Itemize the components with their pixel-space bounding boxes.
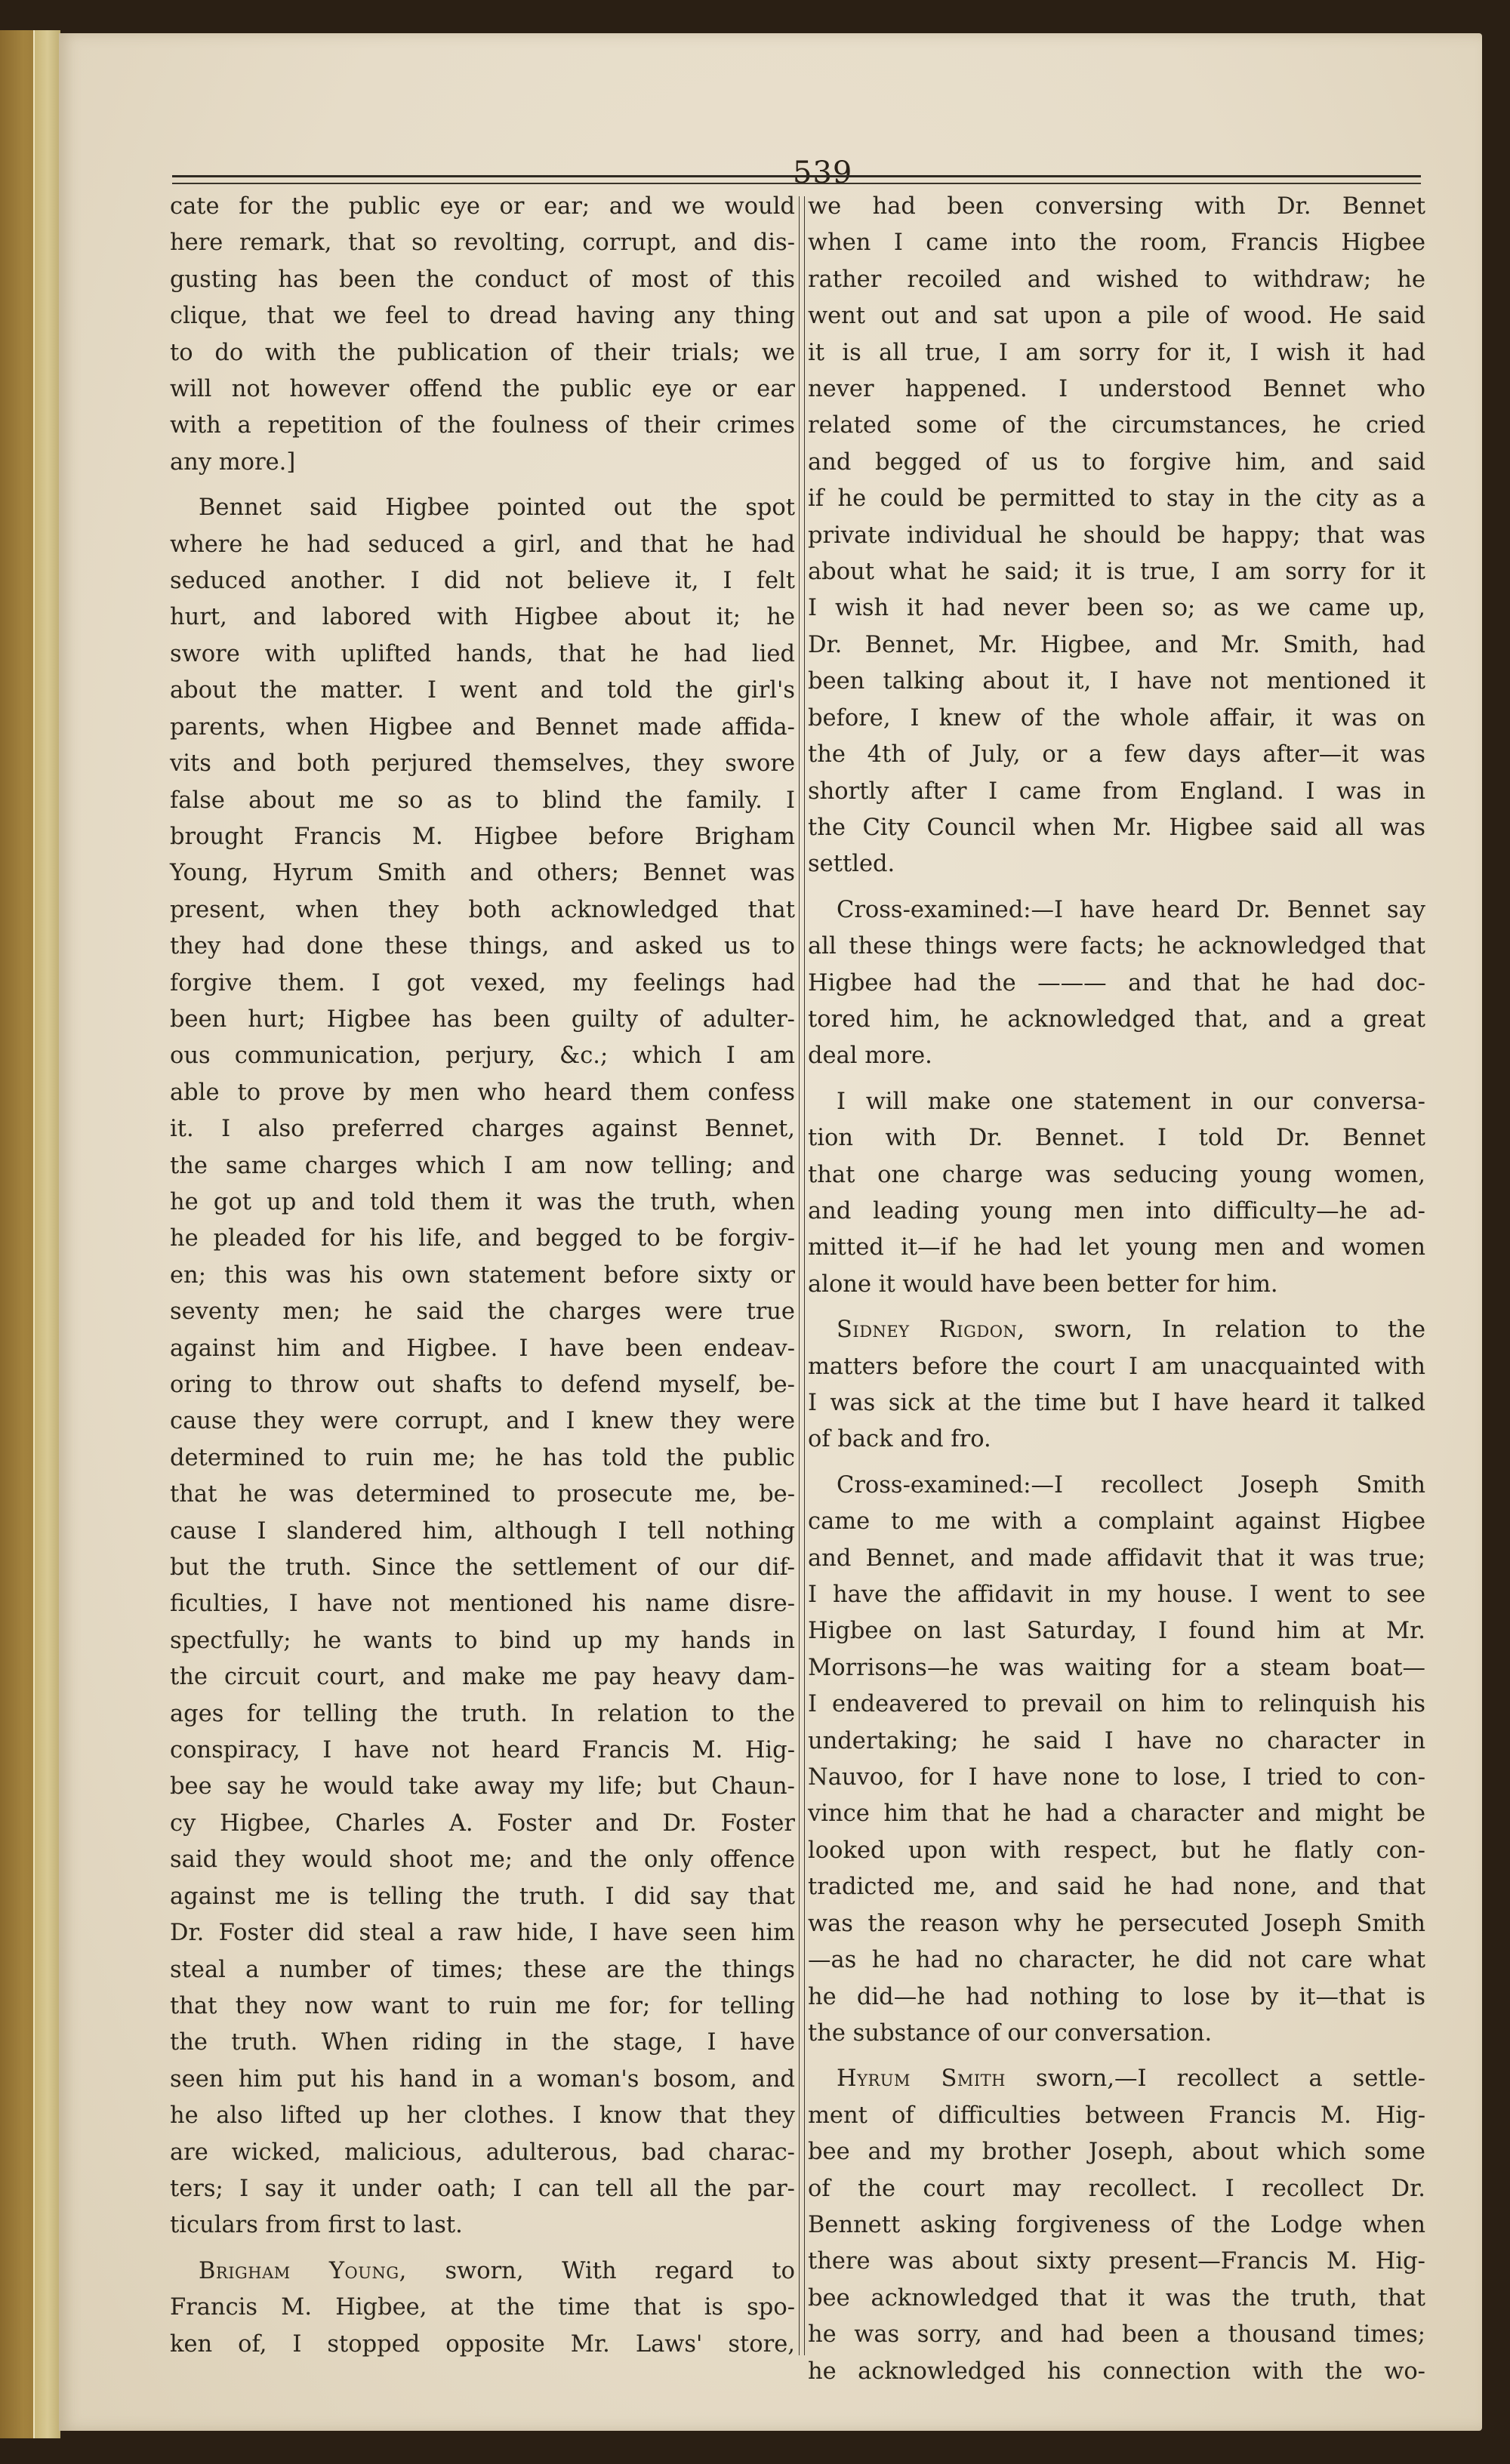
text-line: it is all true, I am sorry for it, I wis… bbox=[808, 335, 1425, 371]
text-line: mitted it—if he had let young men and wo… bbox=[808, 1230, 1425, 1266]
text-line: cause they were corrupt, and I knew they… bbox=[170, 1403, 795, 1440]
text-line: but the truth. Since the settlement of o… bbox=[170, 1550, 795, 1586]
paragraph: Sidney Rigdon, sworn, In relation to the… bbox=[808, 1312, 1425, 1458]
text-line: been hurt; Higbee has been guilty of adu… bbox=[170, 1002, 795, 1038]
paragraph-gap bbox=[808, 1458, 1425, 1468]
paragraph: Hyrum Smith sworn,—I recollect a settle-… bbox=[808, 2061, 1425, 2390]
text-line: the City Council when Mr. Higbee said al… bbox=[808, 810, 1425, 846]
paragraph-gap bbox=[170, 2244, 795, 2253]
text-line: present, when they both acknowledged tha… bbox=[170, 892, 795, 929]
paragraph: Brigham Young, sworn, With regard toFran… bbox=[170, 2253, 795, 2363]
text-line: about the matter. I went and told the gi… bbox=[170, 673, 795, 709]
text-line: Morrisons—he was waiting for a steam boa… bbox=[808, 1650, 1425, 1686]
paragraph: cate for the public eye or ear; and we w… bbox=[170, 189, 795, 481]
text-line: the truth. When riding in the stage, I h… bbox=[170, 2025, 795, 2061]
text-line: matters before the court I am unacquaint… bbox=[808, 1349, 1425, 1385]
paragraph-gap bbox=[808, 1075, 1425, 1084]
text-line: seen him put his hand in a woman's bosom… bbox=[170, 2062, 795, 2098]
text-line: private individual he should be happy; t… bbox=[808, 518, 1425, 554]
text-line: there was about sixty present—Francis M.… bbox=[808, 2244, 1425, 2280]
text-line: went out and sat upon a pile of wood. He… bbox=[808, 298, 1425, 334]
text-line: shortly after I came from England. I was… bbox=[808, 774, 1425, 810]
text-line: ters; I say it under oath; I can tell al… bbox=[170, 2171, 795, 2207]
text-line: alone it would have been better for him. bbox=[808, 1267, 1425, 1303]
text-line: gusting has been the conduct of most of … bbox=[170, 262, 795, 298]
text-line: I wish it had never been so; as we came … bbox=[808, 590, 1425, 627]
paragraph: Cross-examined:—I have heard Dr. Bennet … bbox=[808, 892, 1425, 1075]
paragraph-gap bbox=[170, 481, 795, 490]
text-line: that they now want to ruin me for; for t… bbox=[170, 1988, 795, 2025]
text-line: seventy men; he said the charges were tr… bbox=[170, 1294, 795, 1330]
speaker-name: Sidney Rigdon, bbox=[837, 1317, 1025, 1343]
text-line: I was sick at the time but I have heard … bbox=[808, 1385, 1425, 1421]
text-line: came to me with a complaint against Higb… bbox=[808, 1504, 1425, 1540]
text-line: I endeavered to prevail on him to relinq… bbox=[808, 1686, 1425, 1723]
text-line: cy Higbee, Charles A. Foster and Dr. Fos… bbox=[170, 1806, 795, 1842]
text-line: the same charges which I am now telling;… bbox=[170, 1148, 795, 1184]
text-line: Brigham Young, sworn, With regard to bbox=[170, 2253, 795, 2290]
text-line: never happened. I understood Bennet who bbox=[808, 371, 1425, 408]
text-line: and Bennet, and made affidavit that it w… bbox=[808, 1541, 1425, 1577]
text-line: Dr. Foster did steal a raw hide, I have … bbox=[170, 1915, 795, 1951]
text-line: any more.] bbox=[170, 445, 795, 481]
text-line: vince him that he had a character and mi… bbox=[808, 1796, 1425, 1832]
text-line: Nauvoo, for I have none to lose, I tried… bbox=[808, 1760, 1425, 1796]
text-line: they had done these things, and asked us… bbox=[170, 929, 795, 965]
paragraph: I will make one statement in our convers… bbox=[808, 1084, 1425, 1303]
text-line: we had been conversing with Dr. Bennet bbox=[808, 189, 1425, 225]
text-line: ages for telling the truth. In relation … bbox=[170, 1696, 795, 1732]
text-line: tion with Dr. Bennet. I told Dr. Bennet bbox=[808, 1120, 1425, 1157]
text-line: are wicked, malicious, adulterous, bad c… bbox=[170, 2135, 795, 2171]
text-line: that one charge was seducing young women… bbox=[808, 1157, 1425, 1193]
text-line: ment of difficulties between Francis M. … bbox=[808, 2098, 1425, 2134]
text-line: related some of the circumstances, he cr… bbox=[808, 408, 1425, 444]
text-line: bee say he would take away my life; but … bbox=[170, 1769, 795, 1805]
text-line: about what he said; it is true, I am sor… bbox=[808, 554, 1425, 590]
text-line: he acknowledged his connection with the … bbox=[808, 2354, 1425, 2390]
text-line: seduced another. I did not believe it, I… bbox=[170, 563, 795, 599]
text-line: ticulars from first to last. bbox=[170, 2207, 795, 2244]
text-line: deal more. bbox=[808, 1038, 1425, 1074]
paragraph-gap bbox=[808, 883, 1425, 892]
paragraph-gap bbox=[808, 2052, 1425, 2061]
text-line: rather recoiled and wished to withdraw; … bbox=[808, 262, 1425, 298]
text-line: it. I also preferred charges against Ben… bbox=[170, 1111, 795, 1147]
paragraph-gap bbox=[808, 1303, 1425, 1312]
text-line: and begged of us to forgive him, and sai… bbox=[808, 445, 1425, 481]
text-line: where he had seduced a girl, and that he… bbox=[170, 527, 795, 563]
text-line: to do with the publication of their tria… bbox=[170, 335, 795, 371]
text-line: false about me so as to blind the family… bbox=[170, 783, 795, 819]
paragraph: Cross-examined:—I recollect Joseph Smith… bbox=[808, 1468, 1425, 2053]
text-line: ous communication, perjury, &c.; which I… bbox=[170, 1038, 795, 1074]
text-line: forgive them. I got vexed, my feelings h… bbox=[170, 966, 795, 1002]
paragraph: we had been conversing with Dr. Bennetwh… bbox=[808, 189, 1425, 883]
text-line: able to prove by men who heard them conf… bbox=[170, 1075, 795, 1111]
text-line: he did—he had nothing to lose by it—that… bbox=[808, 1979, 1425, 2016]
text-line: he got up and told them it was the truth… bbox=[170, 1184, 795, 1221]
text-line: he also lifted up her clothes. I know th… bbox=[170, 2098, 795, 2134]
text-line: Cross-examined:—I have heard Dr. Bennet … bbox=[808, 892, 1425, 929]
header-rule bbox=[172, 175, 1421, 184]
text-line: Higbee on last Saturday, I found him at … bbox=[808, 1613, 1425, 1649]
text-line: bee acknowledged that it was the truth, … bbox=[808, 2281, 1425, 2317]
text-line: en; this was his own statement before si… bbox=[170, 1258, 795, 1294]
text-line: will not however offend the public eye o… bbox=[170, 371, 795, 408]
text-line: all these things were facts; he acknowle… bbox=[808, 929, 1425, 965]
text-line: vits and both perjured themselves, they … bbox=[170, 746, 795, 782]
text-line: tored him, he acknowledged that, and a g… bbox=[808, 1002, 1425, 1038]
text-line: cause I slandered him, although I tell n… bbox=[170, 1514, 795, 1550]
speaker-name: Brigham Young, bbox=[199, 2258, 407, 2284]
text-line: cate for the public eye or ear; and we w… bbox=[170, 189, 795, 225]
page-stack-edge bbox=[33, 30, 60, 2438]
text-line: Cross-examined:—I recollect Joseph Smith bbox=[808, 1468, 1425, 1504]
text-line: brought Francis M. Higbee before Brigham bbox=[170, 819, 795, 855]
text-line: he was sorry, and had been a thousand ti… bbox=[808, 2317, 1425, 2353]
text-line: he pleaded for his life, and begged to b… bbox=[170, 1221, 795, 1257]
text-line: ficulties, I have not mentioned his name… bbox=[170, 1586, 795, 1622]
text-line: been talking about it, I have not mentio… bbox=[808, 664, 1425, 700]
text-line: conspiracy, I have not heard Francis M. … bbox=[170, 1732, 795, 1769]
text-line: parents, when Higbee and Bennet made aff… bbox=[170, 710, 795, 746]
text-line: clique, that we feel to dread having any… bbox=[170, 298, 795, 334]
text-line: and leading young men into difficulty—he… bbox=[808, 1193, 1425, 1230]
text-line: of the court may recollect. I recollect … bbox=[808, 2171, 1425, 2207]
text-line: Higbee had the ——— and that he had doc- bbox=[808, 966, 1425, 1002]
text-line: swore with uplifted hands, that he had l… bbox=[170, 636, 795, 673]
text-line: with a repetition of the foulness of the… bbox=[170, 408, 795, 444]
text-line: Bennett asking forgiveness of the Lodge … bbox=[808, 2207, 1425, 2244]
text-line: of back and fro. bbox=[808, 1421, 1425, 1458]
text-line: steal a number of times; these are the t… bbox=[170, 1952, 795, 1988]
text-line: that he was determined to prosecute me, … bbox=[170, 1477, 795, 1513]
text-line: bee and my brother Joseph, about which s… bbox=[808, 2134, 1425, 2170]
text-line: undertaking; he said I have no character… bbox=[808, 1723, 1425, 1760]
right-column: we had been conversing with Dr. Bennetwh… bbox=[808, 189, 1425, 2390]
text-line: Hyrum Smith sworn,—I recollect a settle- bbox=[808, 2061, 1425, 2097]
text-line: said they would shoot me; and the only o… bbox=[170, 1842, 795, 1878]
text-line: here remark, that so revolting, corrupt,… bbox=[170, 225, 795, 261]
left-column: cate for the public eye or ear; and we w… bbox=[170, 189, 795, 2363]
text-line: if he could be permitted to stay in the … bbox=[808, 481, 1425, 517]
text-line: I will make one statement in our convers… bbox=[808, 1084, 1425, 1120]
text-line: the substance of our conversation. bbox=[808, 2016, 1425, 2052]
text-line: determined to ruin me; he has told the p… bbox=[170, 1440, 795, 1477]
text-line: Dr. Bennet, Mr. Higbee, and Mr. Smith, h… bbox=[808, 627, 1425, 664]
text-line: —as he had no character, he did not care… bbox=[808, 1942, 1425, 1979]
text-line: when I came into the room, Francis Higbe… bbox=[808, 225, 1425, 261]
column-divider bbox=[799, 196, 805, 2355]
page-number: 539 bbox=[793, 156, 852, 190]
text-line: Francis M. Higbee, at the time that is s… bbox=[170, 2290, 795, 2326]
text-line: before, I knew of the whole affair, it w… bbox=[808, 701, 1425, 737]
text-line: Bennet said Higbee pointed out the spot bbox=[170, 490, 795, 526]
text-line: ken of, I stopped opposite Mr. Laws' sto… bbox=[170, 2327, 795, 2363]
text-line: oring to throw out shafts to defend myse… bbox=[170, 1367, 795, 1403]
text-line: the circuit court, and make me pay heavy… bbox=[170, 1659, 795, 1696]
paragraph: Bennet said Higbee pointed out the spotw… bbox=[170, 490, 795, 2244]
text-line: hurt, and labored with Higbee about it; … bbox=[170, 599, 795, 636]
speaker-name: Hyrum Smith bbox=[837, 2065, 1006, 2092]
text-line: was the reason why he persecuted Joseph … bbox=[808, 1906, 1425, 1942]
text-line: against him and Higbee. I have been ende… bbox=[170, 1331, 795, 1367]
text-line: settled. bbox=[808, 846, 1425, 882]
text-line: looked upon with respect, but he flatly … bbox=[808, 1833, 1425, 1869]
text-line: the 4th of July, or a few days after—it … bbox=[808, 737, 1425, 773]
text-line: against me is telling the truth. I did s… bbox=[170, 1879, 795, 1915]
text-line: spectfully; he wants to bind up my hands… bbox=[170, 1623, 795, 1659]
text-line: Sidney Rigdon, sworn, In relation to the bbox=[808, 1312, 1425, 1348]
text-line: I have the affidavit in my house. I went… bbox=[808, 1577, 1425, 1613]
text-line: Young, Hyrum Smith and others; Bennet wa… bbox=[170, 855, 795, 892]
text-line: tradicted me, and said he had none, and … bbox=[808, 1869, 1425, 1905]
